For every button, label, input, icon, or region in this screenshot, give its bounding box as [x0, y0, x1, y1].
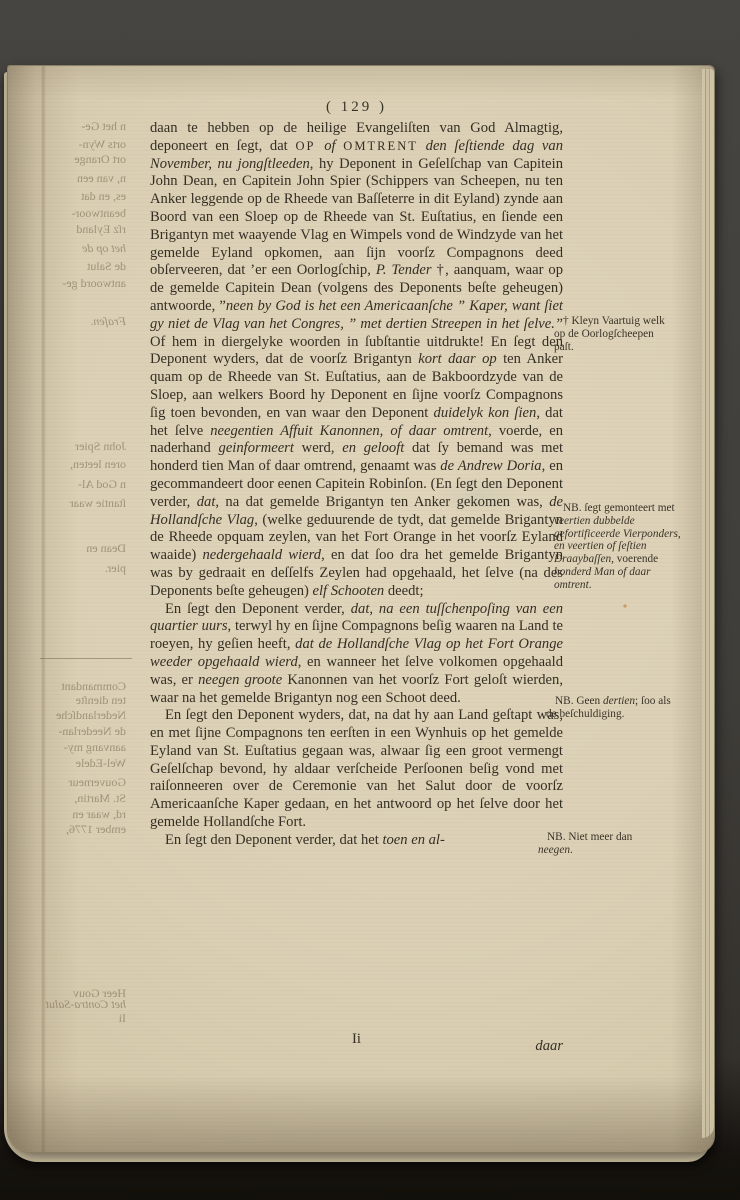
showthrough-line: antwoord ge- [14, 277, 126, 289]
margin-note: NB. Niet meer dan neegen. [538, 831, 664, 857]
showthrough-line: ember 1776, [14, 823, 126, 835]
text-run: En ſegt den Deponent verder, dat het [165, 832, 382, 848]
showthrough-rule [40, 658, 132, 659]
showthrough-line: Ii [14, 1012, 126, 1024]
showthrough-line: n, van een [14, 172, 126, 184]
showthrough-line: rd, waar en [14, 808, 126, 820]
showthrough-line: de Neederlan- [14, 725, 126, 737]
showthrough-line: rſz Eyland [14, 223, 126, 235]
scanner-background: ( 129 ) daan te hebben op de heilige Eva… [0, 0, 740, 1200]
text-run: honderd Man of daar omtrent [554, 566, 651, 591]
showthrough-line: ort Orange [14, 153, 126, 165]
page-stack-fore-edge [702, 69, 714, 1138]
showthrough-line: n God Al- [14, 478, 126, 490]
text-run: omtrent [343, 139, 418, 153]
text-run: , hy Deponent in Geſelſchap van Capitein… [150, 156, 563, 279]
text-run: en gelooft [342, 440, 404, 456]
text-run: de Andrew Doria [440, 458, 541, 474]
book-page-scan: ( 129 ) daan te hebben op de heilige Eva… [8, 66, 714, 1152]
text-run: kort daar op [418, 351, 496, 367]
text-run: . [570, 844, 573, 856]
showthrough-line: Dean en [14, 542, 126, 554]
text-run: nedergehaald wierd [202, 547, 321, 563]
text-run: NB. ſegt gemonteert met [563, 502, 675, 514]
showthrough-line: het Contra-Salut [14, 998, 126, 1010]
text-run: P. Tender [376, 262, 432, 278]
text-run: elf Schooten [313, 583, 385, 599]
showthrough-line: es, en dat [14, 190, 126, 202]
showthrough-line: n het Ge- [14, 120, 126, 132]
showthrough-line: John Spier [14, 440, 126, 452]
text-run: NB. Geen [555, 695, 603, 707]
paragraph: En ſegt den Deponent wyders, dat, na dat… [150, 707, 563, 832]
showthrough-line: orts Wyn- [14, 138, 126, 150]
showthrough-line: oren leeten, [14, 458, 126, 470]
showthrough-line: de Salut [14, 260, 126, 272]
showthrough-line: Wel-Edele [14, 757, 126, 769]
paragraph: daan te hebben op de heilige Evangeliſte… [150, 120, 563, 601]
text-run: geinformeert [219, 440, 294, 456]
text-run: neegentien Affuit Kanonnen, of daar omtr… [210, 423, 488, 439]
text-run: werd, [294, 440, 342, 456]
catchword: daar [150, 1038, 563, 1055]
paragraph: En ſegt den Deponent verder, dat het toe… [150, 832, 563, 850]
text-run: dertien [603, 695, 635, 707]
text-run: toen en al- [382, 832, 444, 848]
text-run: En ſegt den Deponent verder, [165, 601, 351, 617]
text-run: , na dat gemelde Brigantyn ten Anker gek… [215, 494, 549, 510]
showthrough-line: St. Martin, [14, 792, 126, 804]
showthrough-line: aanvang my- [14, 741, 126, 753]
text-run: , voerende [611, 553, 658, 565]
showthrough-line: Nederlandſche [14, 709, 126, 721]
text-run: neegen groote [198, 672, 282, 688]
text-run: . [589, 579, 592, 591]
showthrough-line: ten dienſte [14, 694, 126, 706]
text-run: En ſegt den Deponent wyders, dat, na dat… [150, 707, 563, 830]
text-run: deedt; [384, 583, 423, 599]
text-run: NB. Niet meer dan [547, 831, 632, 843]
showthrough-line: beantwoor- [14, 207, 126, 219]
text-run: dat [197, 494, 216, 510]
page-number: ( 129 ) [150, 99, 563, 116]
showthrough-line: het op de [14, 242, 126, 254]
showthrough-line: Commandant [14, 680, 126, 692]
margin-note: † Kleyn Vaartuig welk op de Oorlogſcheep… [554, 315, 676, 353]
text-run: of [324, 138, 343, 154]
showthrough-line: ſtantie waar [14, 497, 126, 509]
margin-note: NB. Geen dertien; ſoo als de beſchuldigi… [546, 695, 672, 721]
text-run: duidelyk kon ſien [434, 405, 537, 421]
paragraph: En ſegt den Deponent verder, dat, na een… [150, 601, 563, 708]
showthrough-line: pier. [14, 562, 126, 574]
main-text-column: daan te hebben op de heilige Evangeliſte… [150, 120, 563, 850]
showthrough-line: Gouverneur [14, 776, 126, 788]
text-run: neegen [538, 844, 570, 856]
margin-note: NB. ſegt gemonteert met veertien dubbeld… [554, 502, 684, 592]
text-run: op [295, 139, 324, 153]
text-run: † Kleyn Vaartuig welk op de Oorlogſcheep… [554, 315, 665, 353]
showthrough-line: Fraſen. [14, 315, 126, 327]
